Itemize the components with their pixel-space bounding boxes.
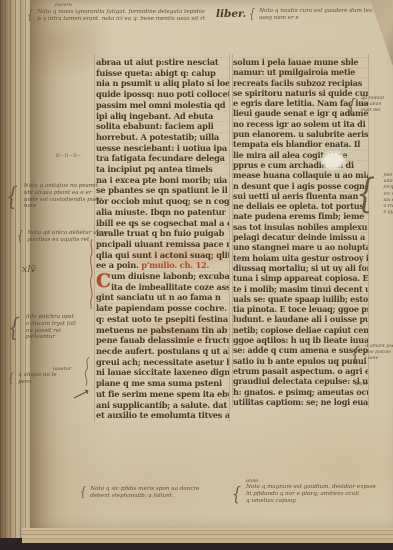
text-line: uno stangnei mare u ao nolupta [233,242,368,252]
gloss-line: forq; if ua [383,185,393,191]
text-line: ipi aliq ingebant. Ad ebuta [96,111,229,122]
text-line: et auxilio te emolumta titves ab [96,410,229,421]
header-superscript-note: excero [55,2,72,8]
column-lines-bottom: C um diuisne labonb; excubaoita de imbea… [96,271,229,421]
brace-mark: { [17,230,23,244]
text-line: graudiui delectata cepulse: si uil i ue [233,376,368,386]
text-line: ibill ee qs se cogsecbat mal a crib; [96,218,229,229]
text-line: ita de imbeallitate coze assue [111,282,229,293]
parchment-hole [320,150,346,171]
gloss-line: aasy nam er e [259,15,372,22]
gloss-line: q aliqua no le [18,372,56,379]
gloss-text: Nota q nautis cura est gaudere dum leaaa… [259,8,372,22]
text-line: tuna i simp appareat copiosa. E n [233,273,368,283]
brace-mark: { [347,96,356,116]
margin-gloss-right-2: { fide amoreuite e fraforq; if uaire xin… [356,173,393,216]
text-line: pene fauab delassimie e fructus [96,335,229,346]
text-line: namur: ut pmilgairoia metie [233,67,368,77]
text-line: n desunt que i agis posse cognosce [233,181,368,191]
gloss-text: Nota q nouis ignorantia fatigat. formidi… [37,9,205,23]
brace-mark: { [6,183,18,210]
margin-numeral: xlv̄ [22,264,36,275]
margin-word-note: lauetur [53,366,71,372]
text-line: diussaq mortaliu; si ut uy ali for [233,263,368,273]
text-line: h: gnatos. e psimq; ameutas oculi q [233,387,368,397]
text-line: ludunt. e laudane ali i ouisse pu [233,314,368,324]
gloss-line: pens [18,379,56,386]
margin-word-note: amor [355,381,368,387]
text-line: horrebut. A potestatib; uilla [96,132,229,143]
text-line: um diuisne labonb; excubao [111,271,229,282]
gloss-line: Nota q nautis cura est gaudere dum lea [259,8,372,15]
header-gloss-left: { Nota q nouis ignorantia fatigat. formi… [27,9,205,23]
dart-mark-icon [72,386,94,400]
brace-mark: { [249,8,255,22]
text-line: pprus e cum archadie mil di [233,160,368,170]
gloss-text: Nota q antiqtus no psumitubi aliqua pban… [24,183,102,210]
text-line: ta incipiut pq antea timels [96,164,229,175]
footer-gloss-left: { Nota q sic pfidis meris spon ua doncre… [80,486,199,500]
text-line: plane q me sma suma psteni [96,378,229,389]
brace-mark: { [356,173,375,216]
text-line: satio iu b ante epulos uq puuui ten [233,356,368,366]
gloss-line: pelleantur [26,334,76,341]
gloss-line: e pyfab [383,210,393,216]
text-line: mease huana collaquie u ao mia [233,170,368,180]
text-line: etrum pasait aspectum. o agri est n [233,366,368,376]
text-line: tempata eis blandior enata. Il [233,139,368,149]
gloss-text: qd reddatide animviuit del [361,96,384,116]
text-line: solum i pela lauae mune sble [233,57,368,67]
column-lines-top: abraa ut aiut p:stire nesciatfuisse quet… [96,57,229,260]
margin-gloss-left-4: { q aliqua no lepens [8,372,57,386]
gloss-line: unde sol custodiendis pueri [24,197,102,204]
profile-doodle-icon [82,356,92,388]
gloss-line: lii pfidando q nor e plurq; amirens ocul… [246,491,376,498]
gloss-line: o ducam tryst fall [26,321,76,328]
margin-gloss-left-1: { Nota q antiqtus no psumitubi aliqua pb… [6,183,102,210]
text-line: late papiendam posse cochre. o [96,303,229,314]
margin-gloss-left-3: { fide pulchra opsto ducam tryst fallna … [8,314,76,341]
text-line: qlia qui sunt i actoni suaq; qlita [96,250,229,261]
text-line: uals se: quate spaap iuilib; estoe [233,294,368,304]
text-line: uesse nesciebant: i uotiua ipa [96,143,229,154]
text-line: lie mira ail alea cogitati ce [233,150,368,160]
text-line: passim mel omni molestia qd [96,100,229,111]
text-line: pun elanorem. u salubrite aeris [233,129,368,139]
brace-mark: { [8,314,20,341]
text-line: tem hoiam uita gestur ostrooy in [233,253,368,263]
text-line: necde aufert. postulans q ut al [96,346,229,357]
chain-reference-mark: o–o–o– [56,152,82,159]
rubric-line: ee a poin. p'mulio. ch. 12. [96,260,229,271]
header-gloss-right: { Nota q nautis cura est gaudere dum lea… [249,8,372,22]
running-title-liber: liber. [216,8,246,20]
text-line: alia miuste. Ibqn no patentur [96,207,229,218]
decorated-initial: C [96,271,111,292]
gloss-line: viuit del [361,108,384,114]
text-line: utilitas captiom: se; ne logi eua ge [233,397,368,407]
gloss-line: i uide [365,356,393,362]
gloss-line: debent stephanalib; a fallunt . [90,493,199,500]
ruling-line-vertical [229,54,230,422]
gloss-line: q umelius capuoy [246,498,376,505]
text-line: q: estat uoto te psepiti festina [96,314,229,325]
brace-mark: { [351,344,360,364]
text-line: no recess igr ao solem ut ita di [233,119,368,129]
text-line: sui uetti ul aeris fluenta man [233,191,368,201]
text-line: metuens ne pabstenam tin ab ip [96,325,229,336]
gloss-line: Nota q magnum est gaudium. desidior exps… [246,484,376,491]
text-line: lor occiob miut quoq; se n cogscit [96,196,229,207]
text-line: netib; copiose deliae capiut ceneat [233,325,368,335]
text-line: te i molib; masim tinui decent ut [233,284,368,294]
gloss-text: Nota q magnum est gaudium. desidior exps… [246,484,376,504]
gloss-text: fide amoreuite e fraforq; if uaire xinsl… [383,173,393,216]
bottom-page-edges [22,528,393,543]
gloss-line: ire xinsle [383,192,393,198]
rubric-prefix: ee a poin. [96,260,139,270]
text-line: nia n psumit u aliq plato si loe [96,78,229,89]
gloss-text: A amant pseane pistolei uide [365,344,393,364]
brace-mark: { [27,9,33,23]
text-line: ut fie serim mene spem ita ebu [96,389,229,400]
gloss-line: ubi aliqua pbant ea e er [24,190,102,197]
text-line: se: adde q cum amena e suscepta pi [233,345,368,355]
gloss-line: fide pulchra opst [26,314,76,321]
text-line: solita ebabunt: faciem apli [96,121,229,132]
text-line: ani supplicantib; a salute. dat q [96,400,229,411]
manuscript-photo: excero { Nota q nouis ignorantia fatigat… [0,0,393,550]
gloss-line: Nota q antiqtus no psumit [24,183,102,190]
text-line: se pbantes se qn spatiunt ie il [96,185,229,196]
text-line: quide ipossq: nuo poti collocet [96,89,229,100]
brace-mark: { [80,486,86,500]
text-line: tra fatigata fecundare delega [96,153,229,164]
gloss-line: na possit rei [26,328,76,335]
gloss-line: nate [24,203,102,210]
text-line: na i excea pte boni morib; uia [96,175,229,186]
text-line: ne deliais ee opleta. tot portus [233,201,368,211]
text-line: ggoe aqtilos: h uq ib lieate iuuala [233,335,368,345]
brace-mark: { [232,484,241,504]
chapter-rubric: p'mulio. ch. 12. [141,260,209,270]
text-column-left: abraa ut aiut p:stire nesciatfuisse quet… [96,57,229,421]
text-line: fuisse queta: abigt q: calup [96,68,229,79]
margin-gloss-right-1: { qd reddatide animviuit del [347,96,384,116]
text-line: greui ach; necessitate asetur bau [96,357,229,368]
text-line: ni lauae siccitate laxeneo dign [96,367,229,378]
gloss-line: p q intra tamen erant. nota ici ea q: be… [37,16,205,23]
text-line: nate pudena erems fimb; ieme [233,211,368,221]
text-line: pelagi decatur deinde imissu a [233,232,368,242]
text-line: pncipali uiuant remissa pace m [96,239,229,250]
text-line: sas tot insulas nobiles amplexu [233,222,368,232]
footer-gloss-right: { Nota q magnum est gaudium. desidior ex… [232,484,376,504]
gloss-text: fide pulchra opsto ducam tryst fallna po… [26,314,76,341]
margin-gloss-right-3: { A amant pseane pistolei uide [351,344,393,364]
gloss-text: Nota q sic pfidis meris spon ua doncrede… [90,486,199,500]
gloss-line: Nota q nouis ignorantia fatigat. formidi… [37,9,205,16]
gloss-line: Nota q sic pfidis meris spon ua doncre [90,486,199,493]
text-line: iaralle truat q bn fuio puigab [96,228,229,239]
text-line: tia pinota. E toce leuaq; ggoe psla [233,304,368,314]
text-line: abraa ut aiut p:stire nesciat [96,57,229,68]
text-line: recreats facils subzoz recipias [233,78,368,88]
text-line: gint sanciatu ut n ao fama n [96,292,229,303]
initial-flourish-icon [87,238,96,310]
gloss-text: q aliqua no lepens [18,372,56,386]
brace-mark: { [8,372,14,386]
